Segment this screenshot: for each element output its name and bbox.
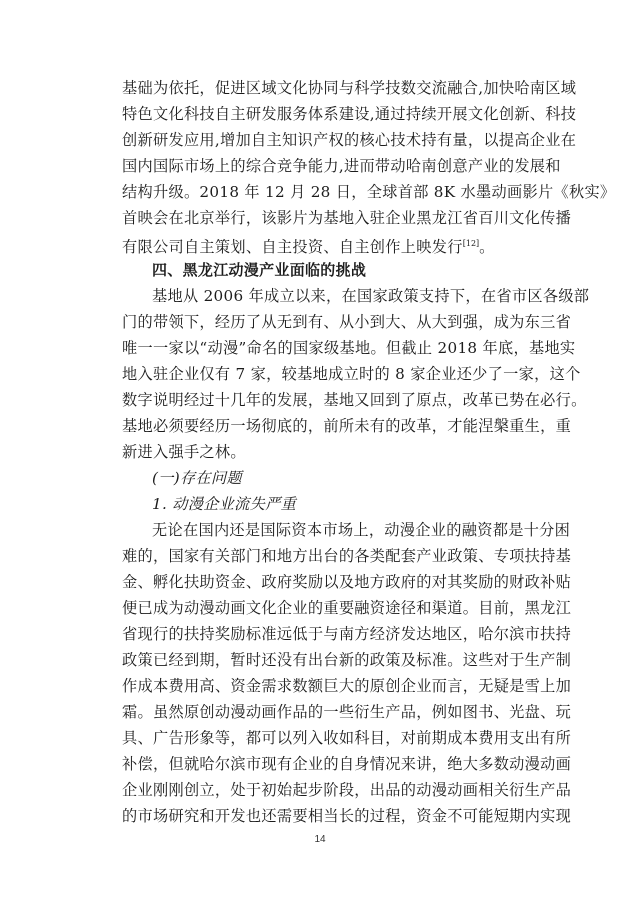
text-line: 作成本费用高、资金需求数额巨大的原创企业而言，无疑是雪上加 bbox=[122, 673, 522, 699]
paragraph: 基地从 2006 年成立以来，在国家政策支持下，在省市区各级部 门的带领下，经历… bbox=[122, 283, 522, 465]
text-line: 基地必须要经历一场彻底的，前所未有的改革，才能涅槃重生，重 bbox=[122, 413, 522, 439]
document-page: 基础为依托，促进区域文化协同与科学技数交流融合,加快哈南区域 特色文化科技自主研… bbox=[0, 0, 640, 905]
text-line: 霜。虽然原创动漫动画作品的一些衍生产品，例如图书、光盘、玩 bbox=[122, 699, 522, 725]
text-line: 特色文化科技自主研发服务体系建设,通过持续开展文化创新、科技 bbox=[122, 101, 522, 127]
text-line: 金、孵化扶助资金、政府奖励以及地方政府的对其奖励的财政补贴 bbox=[122, 569, 522, 595]
text-line: 的市场研究和开发也还需要相当长的过程，资金不可能短期内实现 bbox=[122, 803, 522, 829]
text-line: 唯一一家以“动漫”命名的国家级基地。但截止 2018 年底，基地实 bbox=[122, 335, 522, 361]
text-line: 有限公司自主策划、自主投资、自主创作上映发行[12]。 bbox=[122, 231, 522, 257]
text-line: 便已成为动漫动画文化企业的重要融资途径和渠道。目前，黑龙江 bbox=[122, 595, 522, 621]
subsection-heading: (一)存在问题 bbox=[122, 465, 522, 491]
item-heading: 1. 动漫企业流失严重 bbox=[122, 491, 522, 517]
text-line: 企业刚刚创立，处于初始起步阶段，出品的动漫动画相关衍生产品 bbox=[122, 777, 522, 803]
text-fragment: 有限公司自主策划、自主投资、自主创作上映发行 bbox=[122, 238, 463, 256]
section-heading: 四、黑龙江动漫产业面临的挑战 bbox=[122, 257, 522, 283]
text-line: 基础为依托，促进区域文化协同与科学技数交流融合,加快哈南区域 bbox=[122, 75, 522, 101]
text-line: 基地从 2006 年成立以来，在国家政策支持下，在省市区各级部 bbox=[122, 283, 522, 309]
text-line: 首映会在北京举行，该影片为基地入驻企业黑龙江省百川文化传播 bbox=[122, 205, 522, 231]
text-line: 结构升级。2018 年 12 月 28 日，全球首部 8K 水墨动画影片《秋实》 bbox=[122, 179, 522, 205]
end-punctuation: 。 bbox=[479, 238, 495, 256]
text-line: 补偿，但就哈尔滨市现有企业的自身情况来讲，绝大多数动漫动画 bbox=[122, 751, 522, 777]
text-line: 数字说明经过十几年的发展，基地又回到了原点，改革已势在必行。 bbox=[122, 387, 522, 413]
text-line: 新进入强手之林。 bbox=[122, 439, 522, 465]
page-body: 基础为依托，促进区域文化协同与科学技数交流融合,加快哈南区域 特色文化科技自主研… bbox=[122, 75, 522, 829]
citation-reference: [12] bbox=[463, 239, 479, 248]
text-line: 难的，国家有关部门和地方出台的各类配套产业政策、专项扶持基 bbox=[122, 543, 522, 569]
text-line: 门的带领下，经历了从无到有、从小到大、从大到强，成为东三省 bbox=[122, 309, 522, 335]
text-line: 地入驻企业仅有 7 家，较基地成立时的 8 家企业还少了一家，这个 bbox=[122, 361, 522, 387]
paragraph: 无论在国内还是国际资本市场上，动漫企业的融资都是十分困 难的，国家有关部门和地方… bbox=[122, 517, 522, 829]
paragraph-continuation: 基础为依托，促进区域文化协同与科学技数交流融合,加快哈南区域 特色文化科技自主研… bbox=[122, 75, 522, 257]
text-line: 创新研发应用,增加自主知识产权的核心技术持有量，以提高企业在 bbox=[122, 127, 522, 153]
text-line: 省现行的扶持奖励标准远低于与南方经济发达地区，哈尔滨市扶持 bbox=[122, 621, 522, 647]
text-line: 具、广告形象等，都可以列入收如科目，对前期成本费用支出有所 bbox=[122, 725, 522, 751]
text-line: 国内国际市场上的综合竞争能力,进而带动哈南创意产业的发展和 bbox=[122, 153, 522, 179]
text-line: 无论在国内还是国际资本市场上，动漫企业的融资都是十分困 bbox=[122, 517, 522, 543]
text-line: 政策已经到期，暂时还没有出台新的政策及标准。这些对于生产制 bbox=[122, 647, 522, 673]
page-number: 14 bbox=[0, 834, 640, 845]
